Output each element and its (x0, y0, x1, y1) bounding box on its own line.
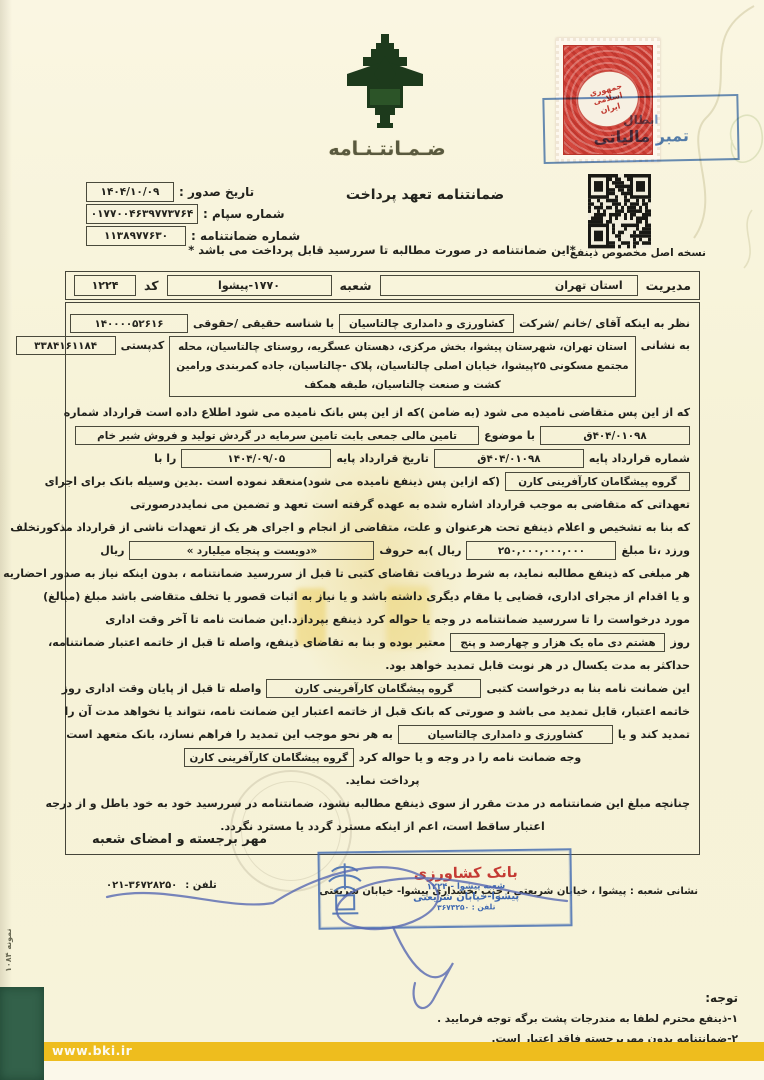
postal-code-label: کدپستی (121, 336, 165, 356)
bank-website: www.bki.ir (52, 1043, 132, 1058)
body-text: واصله تا قبل از پایان وقت اداری روز (62, 682, 262, 695)
field-box: هشتم دی ماه یک هزار و چهارصد و پنج (450, 633, 665, 652)
tax-cancellation-stamp: ابطال تمبر مالیاتی (542, 94, 739, 164)
body-line: ۴۰۴/۰۱۰۹۸قبا موضوعتامین مالی جمعی بابت ت… (75, 424, 690, 447)
body-line: چنانچه مبلغ این ضمانتنامه در مدت مقرر از… (75, 792, 690, 815)
body-line: پرداخت نماید. (75, 769, 690, 792)
footer-gold-strip: www.bki.ir (44, 1042, 764, 1061)
body-line: نظر به اینکه آقای /خانم /شرکتکشاورزی و د… (75, 312, 690, 335)
body-text: را با (154, 452, 176, 465)
body-text: (که ازاین پس ذینفع نامیده می شود)منعقد ن… (45, 475, 500, 488)
body-line: شماره قرارداد پایه۴۰۴/۰۱۰۹۸قتاریخ قراردا… (75, 447, 690, 470)
body-text: ورزد ،تا مبلغ (621, 544, 690, 557)
body-line: تمدید کند و یاکشاورزی و دامداری چالتاسیا… (75, 723, 690, 746)
postal-code-value: ۳۳۸۴۱۶۱۱۸۴ (16, 336, 116, 355)
code-value: ۱۲۲۴ (74, 275, 136, 296)
guarantee-number-value: ۱۱۳۸۹۷۷۶۳۰ (86, 226, 186, 246)
management-value: استان تهران (380, 275, 638, 296)
body-line: روزهشتم دی ماه یک هزار و چهارصد و پنجمعت… (75, 631, 690, 654)
body-text: و یا اقدام از مجرای اداری، قضایی یا مقام… (43, 590, 690, 603)
body-text: روز (670, 636, 690, 649)
body-text: که بنا به تشخیص و اعلام ذینفع تحت هرعنوا… (10, 521, 690, 534)
tax-stamp-line2: تمبر مالیاتی (593, 126, 689, 147)
management-label: مدیریت (646, 278, 691, 293)
field-box: گروه پیشگامان کارآفرینی کارن (184, 748, 354, 767)
guarantee-document-page: ضـمـانتـنـامه جمهوری اسلامی ایران ابطال … (0, 0, 764, 1080)
logo-caption: ضـمـانتـنـامه (312, 138, 462, 160)
body-text: که از این پس متقاضی نامیده می شود (به ضا… (64, 406, 690, 419)
body-text: ریال )به حروف (379, 544, 461, 557)
body-line: این ضمانت نامه بنا به درخواست کتبیگروه پ… (75, 677, 690, 700)
body-line: خاتمه اعتبار، قابل تمدید می باشد و صورتی… (75, 700, 690, 723)
branch-value: ۱۷۷۰-پیشوا (167, 275, 332, 296)
address-line: به نشانیاستان تهران، شهرستان پیشوا، بخش … (75, 335, 690, 401)
guarantee-number-row: شماره ضمانتنامه : ۱۱۳۸۹۷۷۶۳۰ (86, 226, 316, 246)
tax-stamp-line1: ابطال (623, 112, 659, 127)
branch-label: شعبه (340, 278, 372, 293)
body-line: که بنا به تشخیص و اعلام ذینفع تحت هرعنوا… (75, 516, 690, 539)
field-box: ۱۴۰۰۰۰۵۲۶۱۶ (70, 314, 188, 333)
body-line: و یا اقدام از مجرای اداری، قضایی یا مقام… (75, 585, 690, 608)
body-text: تعهداتی که متقاضی به موجب قرارداد اشاره … (130, 498, 690, 511)
body-line: مورد درخواست را تا سررسید ضمانتنامه در و… (75, 608, 690, 631)
sepam-number-row: شماره سپام : ۰۱۷۷۰۰۴۶۳۹۷۷۳۷۶۴ (86, 204, 316, 224)
handwritten-signature (95, 845, 595, 1015)
field-box: گروه پیشگامان کارآفرینی کارن (266, 679, 481, 698)
body-text: وجه ضمانت نامه را در وجه و یا حواله کرد (359, 751, 581, 764)
guarantee-body: نظر به اینکه آقای /خانم /شرکتکشاورزی و د… (65, 302, 700, 855)
footer-green-square (0, 987, 44, 1080)
issue-date-value: ۱۴۰۴/۱۰/۰۹ (86, 182, 174, 202)
address-label: به نشانی (641, 336, 690, 356)
scan-edge-shadow (0, 0, 12, 1080)
field-box: تامین مالی جمعی بابت تامین سرمایه در گرد… (75, 426, 479, 445)
body-text: خاتمه اعتبار، قابل تمدید می باشد و صورتی… (65, 705, 691, 718)
body-text: اعتبار ساقط است، اعم از اینکه مسترد گردد… (220, 820, 544, 833)
body-line: وجه ضمانت نامه را در وجه و یا حواله کردگ… (75, 746, 690, 769)
body-line: هر مبلغی که ذینفع مطالبه نماید، به شرط د… (75, 562, 690, 585)
code-label: کد (144, 278, 159, 293)
branch-row: مدیریت استان تهران شعبه ۱۷۷۰-پیشوا کد ۱۲… (65, 271, 700, 300)
bank-keshavarzi-emblem-icon (342, 34, 428, 138)
body-text: ریال (100, 544, 124, 557)
body-line: حداکثر به مدت یکسال در هر نوبت قابل تمدی… (75, 654, 690, 677)
qr-code (588, 174, 651, 248)
address-box: استان تهران، شهرستان پیشوا، بخش مرکزی، د… (169, 336, 635, 397)
body-line: تعهداتی که متقاضی به موجب قرارداد اشاره … (75, 493, 690, 516)
body-text: با شناسه حقیقی /حقوقی (193, 317, 334, 330)
body-line: گروه پیشگامان کارآفرینی کارن(که ازاین پس… (75, 470, 690, 493)
body-text: پرداخت نماید. (345, 774, 419, 787)
body-text: نظر به اینکه آقای /خانم /شرکت (519, 317, 690, 330)
sepam-number-value: ۰۱۷۷۰۰۴۶۳۹۷۷۳۷۶۴ (86, 204, 198, 224)
body-text: معتبر بوده و بنا به تقاضای ذینفع، واصله … (48, 636, 445, 649)
field-box: «دویست و پنجاه میلیارد » (129, 541, 374, 560)
body-text: تاریخ قرارداد پایه (336, 452, 429, 465)
address-text: مجتمع مسکونی ۲۵پیشوا، خیابان اصلی چالتاس… (176, 357, 628, 376)
bottom-band (44, 1061, 764, 1080)
field-box: کشاورزی و دامداری چالتاسیان (398, 725, 613, 744)
document-title: ضمانتنامه تعهد پرداخت (290, 187, 560, 203)
field-box: گروه پیشگامان کارآفرینی کارن (505, 472, 690, 491)
guarantee-number-label: شماره ضمانتنامه : (191, 229, 300, 243)
address-text: استان تهران، شهرستان پیشوا، بخش مرکزی، د… (176, 338, 628, 357)
body-text: با موضوع (484, 429, 535, 442)
header-fields: تاریخ صدور : ۱۴۰۴/۱۰/۰۹ شماره سپام : ۰۱۷… (86, 182, 316, 246)
body-line: ورزد ،تا مبلغ۲۵۰,۰۰۰,۰۰۰,۰۰۰ریال )به حرو… (75, 539, 690, 562)
address-text: کشت و صنعت چالتاسیان، طبقه همکف (176, 376, 628, 395)
sepam-number-label: شماره سپام : (203, 207, 285, 221)
body-text: به هر نحو موجب این تمدید را فراهم نسازد،… (66, 728, 393, 741)
body-text: تمدید کند و یا (618, 728, 690, 741)
body-text: مورد درخواست را تا سررسید ضمانتنامه در و… (105, 613, 690, 626)
body-text: این ضمانت نامه بنا به درخواست کتبی (486, 682, 690, 695)
field-box: کشاورزی و دامداری چالتاسیان (339, 314, 514, 333)
body-text: حداکثر به مدت یکسال در هر نوبت قابل تمدی… (385, 659, 690, 672)
body-line: که از این پس متقاضی نامیده می شود (به ضا… (75, 401, 690, 424)
field-box: ۴۰۴/۰۱۰۹۸ق (540, 426, 690, 445)
field-box: ۲۵۰,۰۰۰,۰۰۰,۰۰۰ (466, 541, 616, 560)
body-text: شماره قرارداد پایه (589, 452, 690, 465)
body-text: چنانچه مبلغ این ضمانتنامه در مدت مقرر از… (45, 797, 690, 810)
issue-date-row: تاریخ صدور : ۱۴۰۴/۱۰/۰۹ (86, 182, 316, 202)
field-box: ۱۴۰۴/۰۹/۰۵ (181, 449, 331, 468)
body-text: هر مبلغی که ذینفع مطالبه نماید، به شرط د… (3, 567, 690, 580)
field-box: ۴۰۴/۰۱۰۹۸ق (434, 449, 584, 468)
issue-date-label: تاریخ صدور : (179, 185, 254, 199)
